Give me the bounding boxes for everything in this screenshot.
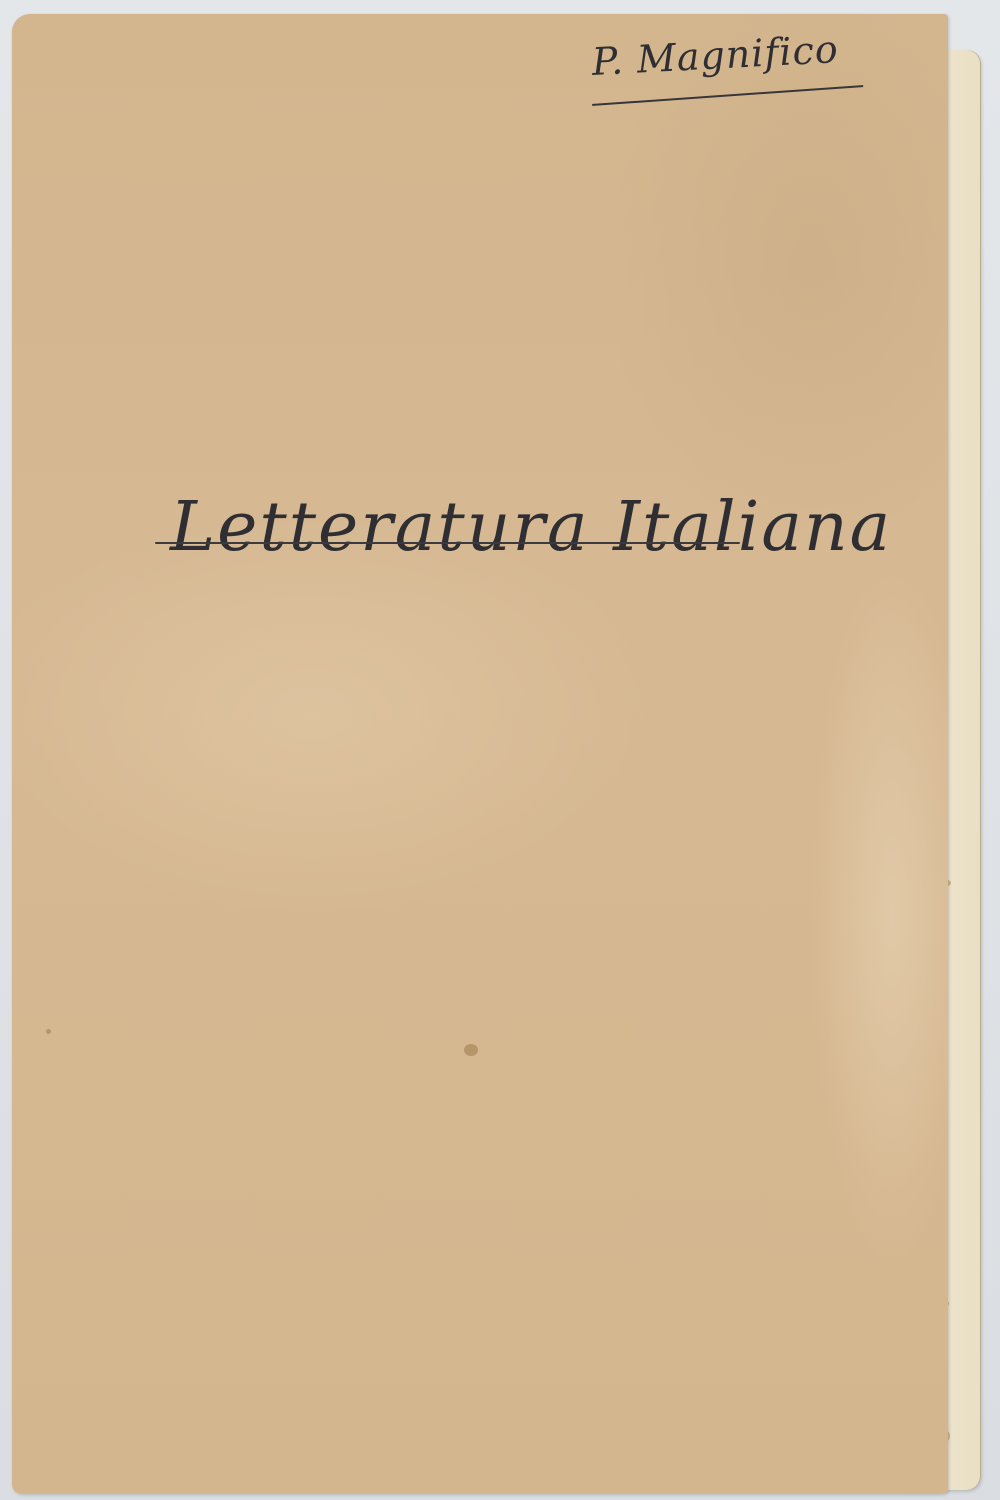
- stain-spot: [46, 1029, 51, 1034]
- stain-spot: [464, 1044, 478, 1056]
- cover-title: Letteratura Italiana: [170, 488, 892, 567]
- book-cover: [12, 14, 948, 1494]
- photo-stage: P. Magnifico Letteratura Italiana: [0, 0, 1000, 1500]
- title-underline: [155, 542, 740, 544]
